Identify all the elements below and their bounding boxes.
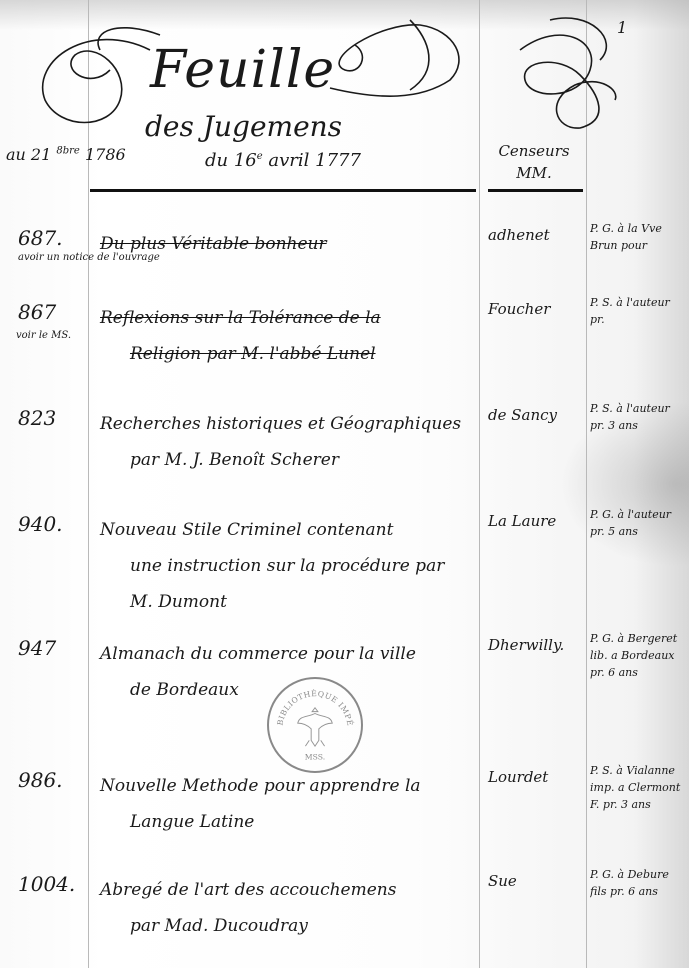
date-end-prefix: au 21 <box>6 145 51 164</box>
entry-privilege-line: P. G. à Bergeret <box>590 630 688 647</box>
column-line-censor <box>479 0 480 968</box>
entry-number: 867 <box>18 300 86 324</box>
entry-title: Nouveau Stile Criminel contenantune inst… <box>100 512 475 620</box>
entry-privilege-line: P. S. à l'auteur <box>590 400 688 417</box>
entry-censor: Dherwilly. <box>488 636 583 654</box>
page-number: 1 <box>617 18 627 37</box>
entry-privilege: P. S. à l'auteurpr. 3 ans <box>590 400 688 434</box>
entry-title-line: Recherches historiques et Géographiques <box>100 406 475 442</box>
entry-privilege: P. S. à l'auteurpr. <box>590 294 688 328</box>
entry-title-line: Reflexions sur la Tolérance de la <box>100 300 475 336</box>
entry-number: 940. <box>18 512 86 536</box>
censor-header-line2: MM. <box>488 162 580 184</box>
date-end-month: 8bre <box>56 146 79 157</box>
entry-title-line: Religion par M. l'abbé Lunel <box>100 336 475 372</box>
entry-privilege-line: pr. <box>590 311 688 328</box>
entry-title-line: Nouveau Stile Criminel contenant <box>100 512 475 548</box>
entry-title-line: M. Dumont <box>100 584 475 620</box>
entry-title-line: par Mad. Ducoudray <box>100 908 475 944</box>
entry-privilege: P. G. à Bergeretlib. a Bordeauxpr. 6 ans <box>590 630 688 681</box>
entry-title: Du plus Véritable bonheur <box>100 226 475 262</box>
entry-number: 823 <box>18 406 86 430</box>
entry-number: 986. <box>18 768 86 792</box>
entry-privilege-line: P. G. à Debure <box>590 866 688 883</box>
entry-privilege: P. G. à Deburefils pr. 6 ans <box>590 866 688 900</box>
entry-privilege-line: pr. 6 ans <box>590 664 688 681</box>
date-start-sup: e <box>257 151 263 162</box>
entry-privilege-line: P. G. à l'auteur <box>590 506 688 523</box>
entry-title-line: Langue Latine <box>100 804 475 840</box>
entry-title-line: Nouvelle Methode pour apprendre la <box>100 768 475 804</box>
column-line-privilege <box>586 0 587 968</box>
entry-title: Reflexions sur la Tolérance de laReligio… <box>100 300 475 372</box>
entry-privilege: P. G. à la VveBrun pour <box>590 220 688 254</box>
entry-privilege: P. G. à l'auteurpr. 5 ans <box>590 506 688 540</box>
header-rule-censor <box>488 189 583 192</box>
entry-censor: Sue <box>488 872 583 890</box>
entry-title-line: une instruction sur la procédure par <box>100 548 475 584</box>
entry-title-line: Almanach du commerce pour la ville <box>100 636 475 672</box>
censor-header-line1: Censeurs <box>488 140 580 162</box>
date-start-rest: avril 1777 <box>268 150 361 171</box>
entry-privilege: P. S. à Vialanneimp. a ClermontF. pr. 3 … <box>590 762 688 813</box>
entry-title: Abregé de l'art des accouchemenspar Mad.… <box>100 872 475 944</box>
entry-title-line: Abregé de l'art des accouchemens <box>100 872 475 908</box>
entry-privilege-line: F. pr. 3 ans <box>590 796 688 813</box>
entry-privilege-line: imp. a Clermont <box>590 779 688 796</box>
entry-title-line: Du plus Véritable bonheur <box>100 226 475 262</box>
manuscript-page: 1 Feuille des Jugemens au 21 8bre 1786 d… <box>0 0 689 968</box>
date-range-start: du 16e avril 1777 <box>205 150 361 171</box>
entry-number: 1004. <box>18 872 86 896</box>
entry-privilege-line: pr. 5 ans <box>590 523 688 540</box>
entry-privilege-line: fils pr. 6 ans <box>590 883 688 900</box>
entry-privilege-line: lib. a Bordeaux <box>590 647 688 664</box>
entry-number: 687. <box>18 226 86 250</box>
censor-column-header: Censeurs MM. <box>488 140 580 184</box>
svg-text:BIBLIOTHÈQUE IMPÉRIALE: BIBLIOTHÈQUE IMPÉRIALE <box>269 679 355 727</box>
page-subtitle: des Jugemens <box>145 110 342 143</box>
date-end-year: 1786 <box>85 145 126 164</box>
date-start-prefix: du 16 <box>205 150 257 171</box>
entry-censor: Foucher <box>488 300 583 318</box>
page-title: Feuille <box>150 40 335 100</box>
header-rule-title <box>90 189 476 192</box>
date-range-end: au 21 8bre 1786 <box>6 145 126 164</box>
entry-privilege-line: pr. 3 ans <box>590 417 688 434</box>
entry-number: 947 <box>18 636 86 660</box>
eagle-stamp-icon: BIBLIOTHÈQUE IMPÉRIALE MSS. <box>269 679 361 771</box>
library-stamp: BIBLIOTHÈQUE IMPÉRIALE MSS. <box>267 677 363 773</box>
entry-censor: Lourdet <box>488 768 583 786</box>
entry-privilege-line: P. G. à la Vve <box>590 220 688 237</box>
entry-privilege-line: P. S. à l'auteur <box>590 294 688 311</box>
entry-title-line: par M. J. Benoît Scherer <box>100 442 475 478</box>
entry-censor: La Laure <box>488 512 583 530</box>
svg-text:MSS.: MSS. <box>305 753 325 762</box>
entry-censor: de Sancy <box>488 406 583 424</box>
entry-privilege-line: P. S. à Vialanne <box>590 762 688 779</box>
entry-title: Nouvelle Methode pour apprendre laLangue… <box>100 768 475 840</box>
entry-title: Recherches historiques et Géographiquesp… <box>100 406 475 478</box>
entry-censor: adhenet <box>488 226 583 244</box>
entry-privilege-line: Brun pour <box>590 237 688 254</box>
